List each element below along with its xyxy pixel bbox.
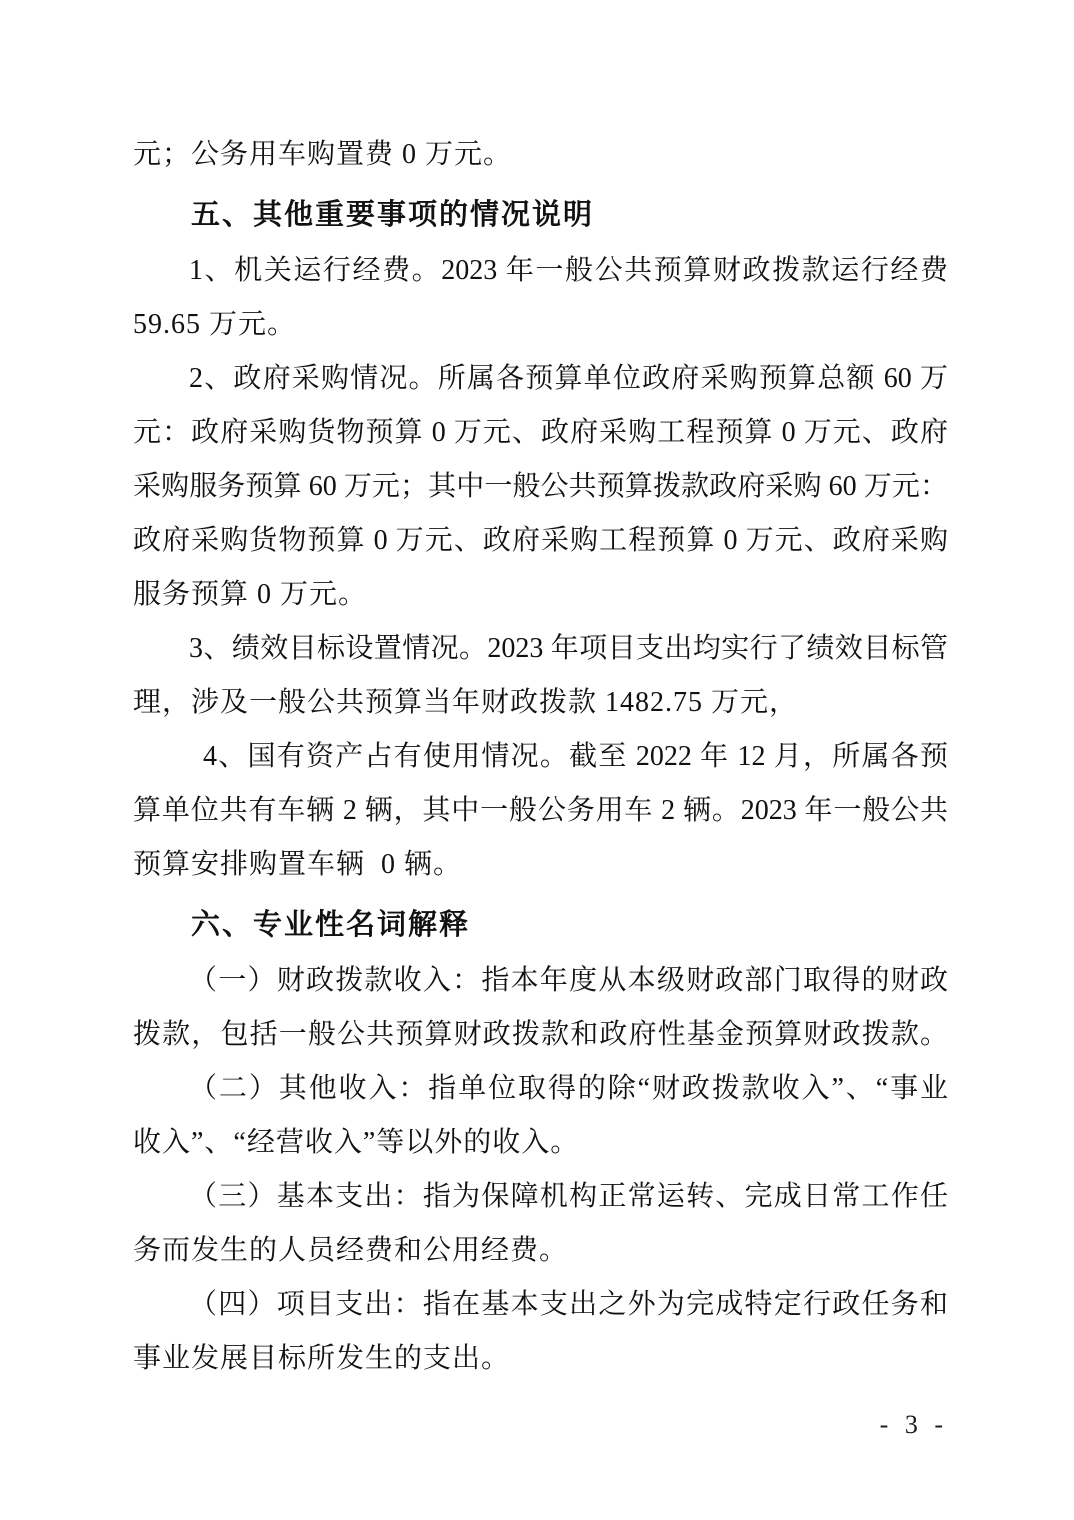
text-line: 拨款，包括一般公共预算财政拨款和政府性基金预算财政拨款。 bbox=[133, 1008, 948, 1062]
text-line: （二）其他收入：指单位取得的除“财政拨款收入”、“事业 bbox=[133, 1062, 948, 1116]
text-line: 3、绩效目标设置情况。2023 年项目支出均实行了绩效目标管 bbox=[133, 622, 948, 676]
text-line: 元；公务用车购置费 0 万元。 bbox=[133, 128, 948, 182]
page-number: - 3 - bbox=[133, 1398, 948, 1452]
text-line: 元：政府采购货物预算 0 万元、政府采购工程预算 0 万元、政府 bbox=[133, 406, 948, 460]
text-line: （一）财政拨款收入：指本年度从本级财政部门取得的财政 bbox=[133, 954, 948, 1008]
text-line: 理，涉及一般公共预算当年财政拨款 1482.75 万元， bbox=[133, 676, 948, 730]
document-page: 元；公务用车购置费 0 万元。 五、其他重要事项的情况说明 1、机关运行经费。2… bbox=[0, 0, 1074, 1520]
text-line: 政府采购货物预算 0 万元、政府采购工程预算 0 万元、政府采购 bbox=[133, 514, 948, 568]
text-line: 4、国有资产占有使用情况。截至 2022 年 12 月，所属各预 bbox=[133, 730, 948, 784]
text-line: 收入”、“经营收入”等以外的收入。 bbox=[133, 1116, 948, 1170]
text-line: 服务预算 0 万元。 bbox=[133, 568, 948, 622]
text-line: （三）基本支出：指为保障机构正常运转、完成日常工作任 bbox=[133, 1170, 948, 1224]
text-line: 采购服务预算 60 万元；其中一般公共预算拨款政府采购 60 万元： bbox=[133, 460, 948, 514]
section-heading-5: 五、其他重要事项的情况说明 bbox=[133, 188, 948, 242]
text-line: 预算安排购置车辆 0 辆。 bbox=[133, 838, 948, 892]
text-line: （四）项目支出：指在基本支出之外为完成特定行政任务和 bbox=[133, 1278, 948, 1332]
text-line: 59.65 万元。 bbox=[133, 298, 948, 352]
section-heading-6: 六、专业性名词解释 bbox=[133, 898, 948, 952]
text-line: 务而发生的人员经费和公用经费。 bbox=[133, 1224, 948, 1278]
text-line: 事业发展目标所发生的支出。 bbox=[133, 1332, 948, 1386]
text-line: 2、政府采购情况。所属各预算单位政府采购预算总额 60 万 bbox=[133, 352, 948, 406]
text-line: 算单位共有车辆 2 辆，其中一般公务用车 2 辆。2023 年一般公共 bbox=[133, 784, 948, 838]
text-line: 1、机关运行经费。2023 年一般公共预算财政拨款运行经费 bbox=[133, 244, 948, 298]
